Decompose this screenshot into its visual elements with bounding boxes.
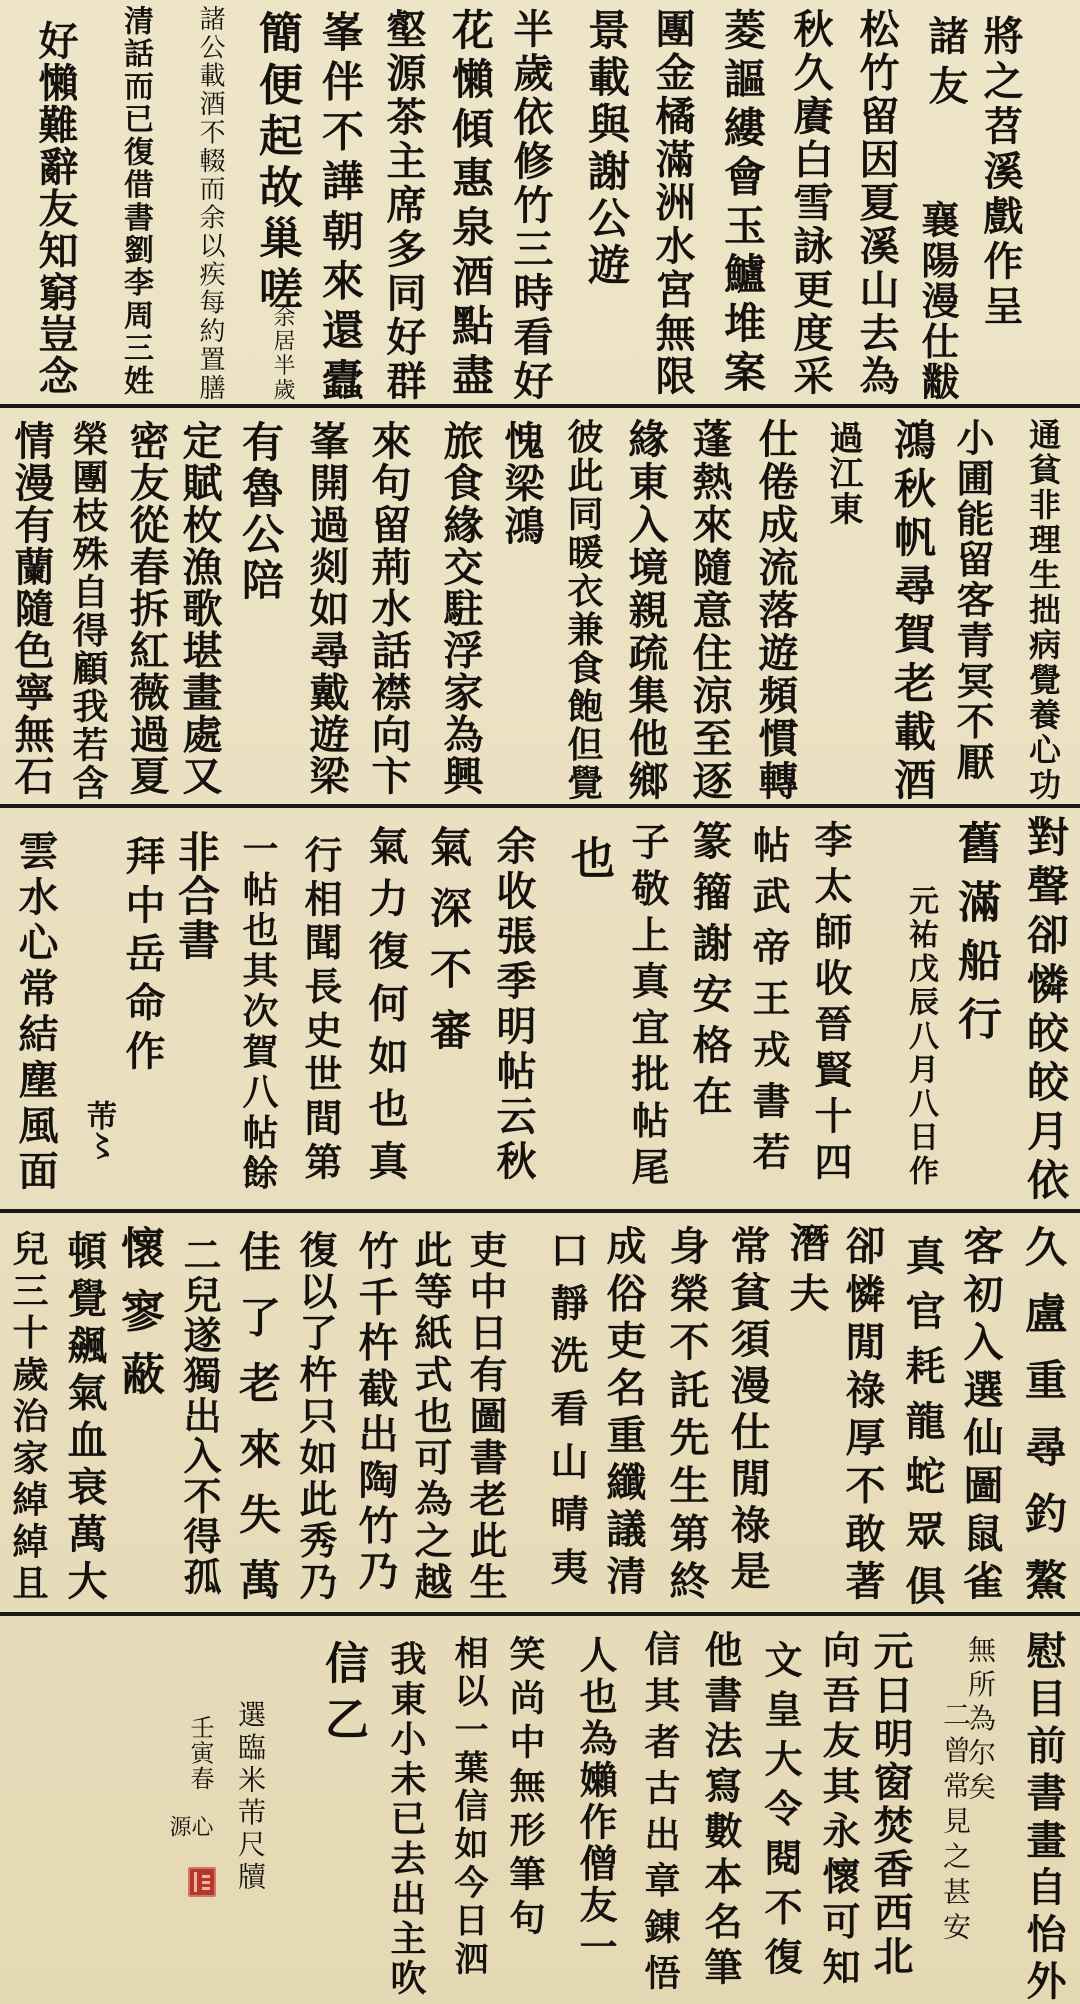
colophon-date: 壬寅春	[188, 1715, 212, 1790]
calligraphy-column: 信乙	[320, 1640, 364, 1740]
calligraphy-scroll: 將之苕溪戲作呈 諸友 襄陽漫仕黻 松竹留因夏溪山去為 秋久賡白雪詠更度采 菱謳縷…	[0, 0, 1080, 2004]
calligraphy-column: 相以一葉信如今日泗	[451, 1635, 485, 1975]
calligraphy-column: 笑尚中無形筆句	[507, 1635, 543, 1935]
colophon-signature: 心源	[189, 1815, 211, 1855]
band-5: 慰目前書畫自怡外 無所為尔矣 二曾常見之甚安 元日明窗焚香西北 向吾友其永懷可知…	[0, 0, 1080, 2004]
red-seal-stamp	[188, 1867, 216, 1897]
calligraphy-column: 元日明窗焚香西北	[870, 1630, 910, 1975]
calligraphy-column: 人也為嬾作僧友一	[576, 1635, 614, 1965]
calligraphy-column: 文皇大令閱不復	[761, 1640, 799, 1975]
calligraphy-column: 我東小未已去出主吹	[388, 1640, 424, 1995]
calligraphy-column: 他書法寫數本名筆	[701, 1630, 739, 1985]
calligraphy-column: 向吾友其永懷可知	[819, 1630, 857, 1985]
colophon-title: 選臨米芾尺牘	[236, 1700, 264, 1890]
calligraphy-column: 慰目前書畫自怡外	[1023, 1630, 1063, 2000]
calligraphy-annotation: 二曾常見之甚安	[941, 1700, 969, 1940]
calligraphy-column: 信其者古出章錬悟	[642, 1630, 678, 1990]
